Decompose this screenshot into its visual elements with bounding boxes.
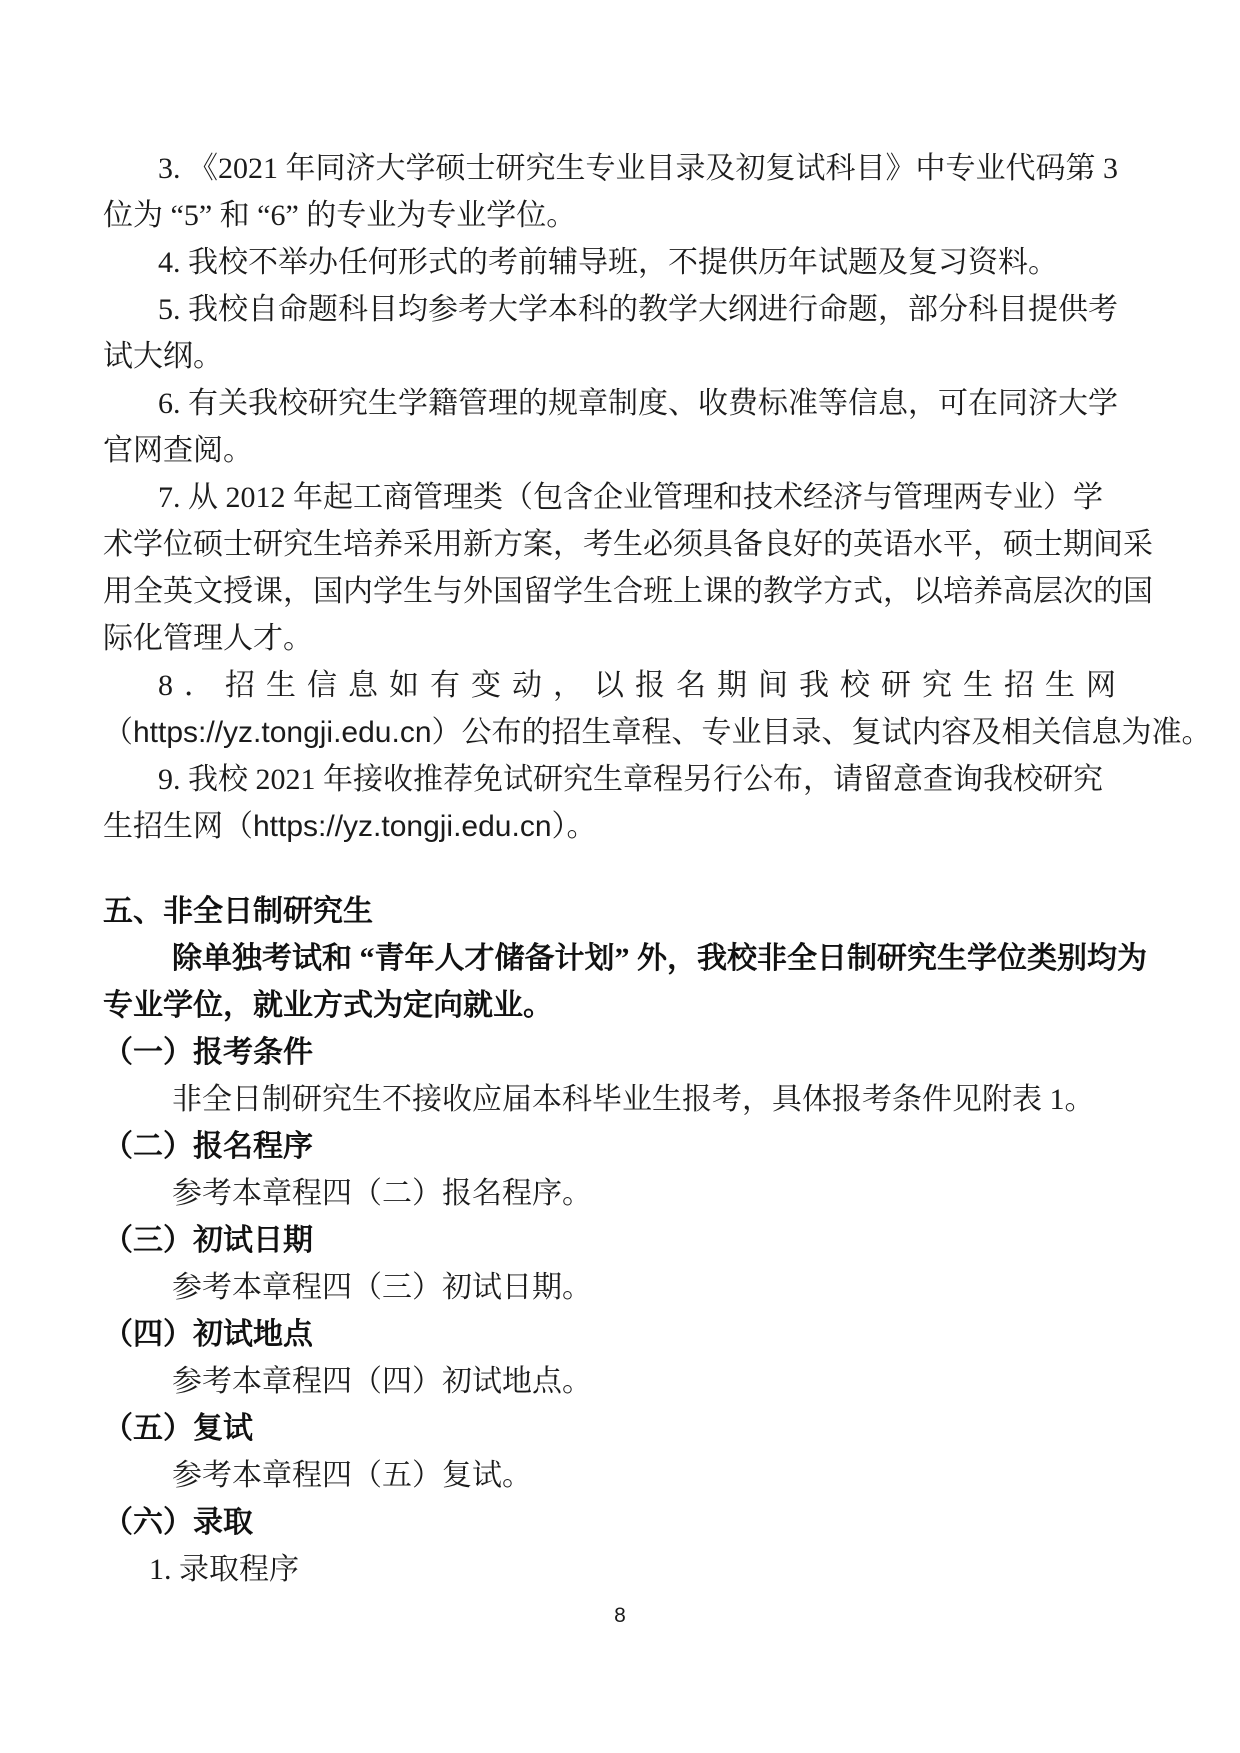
text-line: 参考本章程四（五）复试。 xyxy=(103,1452,1143,1499)
text-segment: ）公布的招生章程、专业目录、复试内容及相关信息为准。 xyxy=(432,716,1212,749)
text-line: 4. 我校不举办任何形式的考前辅导班，不提供历年试题及复习资料。 xyxy=(103,239,1143,286)
text-line: 非全日制研究生不接收应届本科毕业生报考，具体报考条件见附表 1。 xyxy=(103,1076,1143,1123)
document-content: 3. 《2021 年同济大学硕士研究生专业目录及初复试科目》中专业代码第 3位为… xyxy=(103,145,1143,1593)
text-line: 位为 “5” 和 “6” 的专业为专业学位。 xyxy=(103,192,1143,239)
subsection-heading-5: （五）复试 xyxy=(103,1405,1143,1452)
text-line: 除单独考试和 “青年人才储备计划” 外，我校非全日制研究生学位类别均为 xyxy=(103,935,1143,982)
text-line: 试大纲。 xyxy=(103,333,1143,380)
document-page: 3. 《2021 年同济大学硕士研究生专业目录及初复试科目》中专业代码第 3位为… xyxy=(0,0,1240,1753)
text-line: 1. 录取程序 xyxy=(103,1546,1143,1593)
text-line: 生招生网（https://yz.tongji.edu.cn）。 xyxy=(103,803,1143,850)
subsection-heading-2: （二）报名程序 xyxy=(103,1123,1143,1170)
text-line: 参考本章程四（二）报名程序。 xyxy=(103,1170,1143,1217)
text-line: 用全英文授课，国内学生与外国留学生合班上课的教学方式，以培养高层次的国 xyxy=(103,568,1143,615)
text-line: 术学位硕士研究生培养采用新方案，考生必须具备良好的英语水平，硕士期间采 xyxy=(103,521,1143,568)
text-segment: ）。 xyxy=(552,810,597,843)
text-line: 3. 《2021 年同济大学硕士研究生专业目录及初复试科目》中专业代码第 3 xyxy=(103,145,1143,192)
subsection-heading-3: （三）初试日期 xyxy=(103,1217,1143,1264)
text-line: 参考本章程四（四）初试地点。 xyxy=(103,1358,1143,1405)
text-line: 际化管理人才。 xyxy=(103,615,1143,662)
section-heading-5: 五、非全日制研究生 xyxy=(103,888,1143,935)
text-line: 5. 我校自命题科目均参考大学本科的教学大纲进行命题，部分科目提供考 xyxy=(103,286,1143,333)
text-line: 9. 我校 2021 年接收推荐免试研究生章程另行公布，请留意查询我校研究 xyxy=(103,756,1143,803)
subsection-heading-1: （一）报考条件 xyxy=(103,1029,1143,1076)
text-line: 8．招生信息如有变动，以报名期间我校研究生招生网 xyxy=(103,662,1143,709)
subsection-heading-4: （四）初试地点 xyxy=(103,1311,1143,1358)
text-line: 专业学位，就业方式为定向就业。 xyxy=(103,982,1143,1029)
text-line: 6. 有关我校研究生学籍管理的规章制度、收费标准等信息，可在同济大学 xyxy=(103,380,1143,427)
text-segment: 生招生网（ xyxy=(103,810,253,843)
page-number: 8 xyxy=(0,1601,1240,1631)
text-segment: （ xyxy=(103,716,133,749)
text-line: 7. 从 2012 年起工商管理类（包含企业管理和技术经济与管理两专业）学 xyxy=(103,474,1143,521)
text-line: 参考本章程四（三）初试日期。 xyxy=(103,1264,1143,1311)
url-text: https://yz.tongji.edu.cn xyxy=(253,810,552,843)
url-text: https://yz.tongji.edu.cn xyxy=(133,716,432,749)
text-line: （https://yz.tongji.edu.cn）公布的招生章程、专业目录、复… xyxy=(103,709,1143,756)
text-line: 官网查阅。 xyxy=(103,427,1143,474)
subsection-heading-6: （六）录取 xyxy=(103,1499,1143,1546)
